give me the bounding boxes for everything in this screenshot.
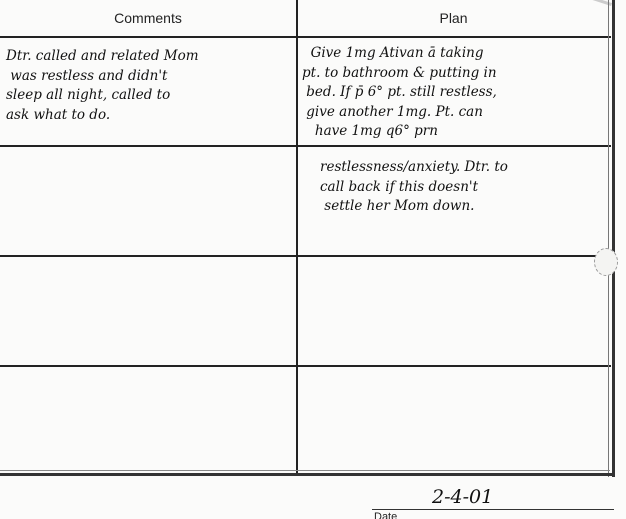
care-note-form: Comments Plan Dtr. called and related Mo… [0,0,626,519]
plan-column-header: Plan [298,10,609,26]
column-divider [296,0,298,473]
date-label: Date [374,511,397,519]
row-rule-3 [0,365,611,367]
table-border-bottom [0,473,615,476]
table-border-right [612,0,615,477]
comments-cell-row-1: Dtr. called and related Mom was restless… [6,47,199,125]
header-rule [0,36,611,38]
date-value: 2-4-01 [432,486,493,508]
date-signature-line [372,509,614,510]
comments-column-header: Comments [0,10,296,26]
row-rule-1 [0,145,611,147]
plan-cell-row-2-continuation: restlessness/anxiety. Dtr. to call back … [320,158,508,217]
row-rule-2 [0,255,611,257]
table-border-right-inner [608,0,609,477]
plan-cell-row-1: Give 1mg Ativan ā taking pt. to bathroom… [302,44,497,142]
punch-hole-mark [594,248,618,276]
table-border-bottom-inner [0,470,610,471]
